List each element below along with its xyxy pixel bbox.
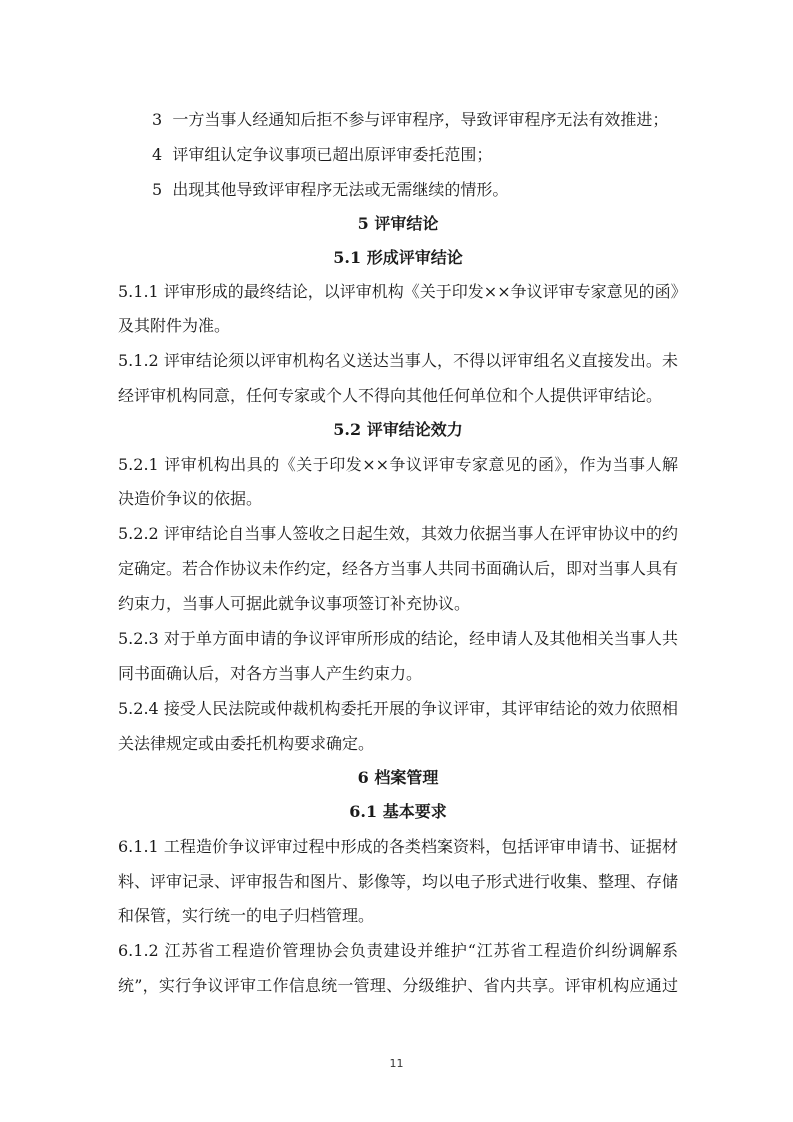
paragraph-5-2-2-line3: 约束力，当事人可据此就争议事项签订补充协议。: [118, 594, 470, 614]
paragraph-5-2-4-line1: 5.2.4 接受人民法院或仲裁机构委托开展的争议评审，其评审结论的效力依照相: [118, 699, 678, 719]
paragraph-5-2-2-line2: 定确定。若合作协议未作约定，经各方当事人共同书面确认后，即对当事人具有: [118, 559, 678, 579]
paragraph-5-2-4-line2: 关法律规定或由委托机构要求确定。: [118, 734, 374, 754]
list-item-4: 4 评审组认定争议事项已超出原评审委托范围；: [152, 145, 492, 165]
list-number: 4: [152, 145, 162, 164]
list-text: 一方当事人经通知后拒不参与评审程序，导致评审程序无法有效推进；: [172, 110, 668, 129]
paragraph-6-1-1-line1: 6.1.1 工程造价争议评审过程中形成的各类档案资料，包括评审申请书、证据材: [118, 837, 678, 857]
paragraph-5-1-2-line2: 经评审机构同意，任何专家或个人不得向其他任何单位和个人提供评审结论。: [118, 386, 662, 406]
paragraph-5-1-1-line2: 及其附件为准。: [118, 316, 230, 336]
section-heading-6: 6 档案管理: [118, 768, 678, 788]
subsection-heading-5-1: 5.1 形成评审结论: [118, 248, 678, 268]
list-text: 评审组认定争议事项已超出原评审委托范围；: [172, 145, 492, 164]
paragraph-5-2-3-line2: 同书面确认后，对各方当事人产生约束力。: [118, 664, 422, 684]
list-number: 3: [152, 110, 162, 129]
paragraph-5-2-1-line2: 决造价争议的依据。: [118, 489, 262, 509]
list-number: 5: [152, 180, 162, 199]
paragraph-5-2-2-line1: 5.2.2 评审结论自当事人签收之日起生效，其效力依据当事人在评审协议中的约: [118, 524, 678, 544]
paragraph-5-2-3-line1: 5.2.3 对于单方面申请的争议评审所形成的结论，经申请人及其他相关当事人共: [118, 629, 678, 649]
list-item-5: 5 出现其他导致评审程序无法或无需继续的情形。: [152, 180, 508, 200]
paragraph-5-1-1-line1: 5.1.1 评审形成的最终结论，以评审机构《关于印发××争议评审专家意见的函》: [118, 282, 678, 302]
section-heading-5: 5 评审结论: [118, 214, 678, 234]
paragraph-6-1-1-line2: 料、评审记录、评审报告和图片、影像等，均以电子形式进行收集、整理、存储: [118, 872, 678, 892]
subsection-heading-5-2: 5.2 评审结论效力: [118, 420, 678, 440]
list-text: 出现其他导致评审程序无法或无需继续的情形。: [172, 180, 508, 199]
paragraph-5-2-1-line1: 5.2.1 评审机构出具的《关于印发××争议评审专家意见的函》，作为当事人解: [118, 455, 678, 475]
paragraph-6-1-2-line2: 统”，实行争议评审工作信息统一管理、分级维护、省内共享。评审机构应通过: [118, 976, 678, 996]
page-number: 11: [0, 1057, 793, 1070]
subsection-heading-6-1: 6.1 基本要求: [118, 802, 678, 822]
paragraph-5-1-2-line1: 5.1.2 评审结论须以评审机构名义送达当事人，不得以评审组名义直接发出。未: [118, 351, 678, 371]
paragraph-6-1-2-line1: 6.1.2 江苏省工程造价管理协会负责建设并维护“江苏省工程造价纠纷调解系: [118, 941, 678, 961]
list-item-3: 3 一方当事人经通知后拒不参与评审程序，导致评审程序无法有效推进；: [152, 110, 668, 130]
paragraph-6-1-1-line3: 和保管，实行统一的电子归档管理。: [118, 906, 374, 926]
